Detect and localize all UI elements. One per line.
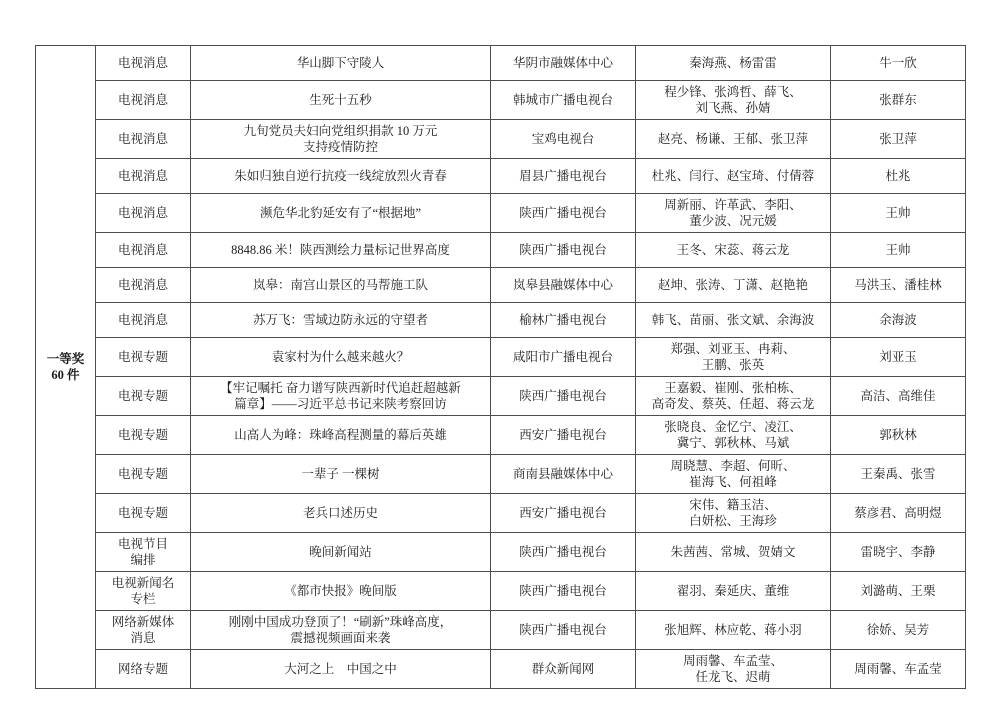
category-cell: 电视消息 (96, 46, 191, 81)
organization-cell: 陕西广播电视台 (491, 377, 636, 416)
category-cell: 电视消息 (96, 303, 191, 338)
category-cell: 电视消息 (96, 120, 191, 159)
category-cell: 电视消息 (96, 233, 191, 268)
table-row: 网络专题大河之上 中国之中群众新闻网周雨馨、车孟莹、 任龙飞、迟萌周雨馨、车孟莹 (36, 650, 966, 689)
editors-cell: 刘亚玉 (831, 338, 966, 377)
editors-cell: 周雨馨、车孟莹 (831, 650, 966, 689)
table-row: 电视消息朱如归独自逆行抗疫一线绽放烈火青春眉县广播电视台杜兆、闫行、赵宝琦、付倩… (36, 159, 966, 194)
table-row: 电视新闻名 专栏《都市快报》晚间版陕西广播电视台翟羽、秦延庆、董维刘潞萌、王栗 (36, 572, 966, 611)
editors-cell: 郭秋林 (831, 416, 966, 455)
category-cell: 网络新媒体 消息 (96, 611, 191, 650)
authors-cell: 周新丽、许革武、李阳、 董少波、况元媛 (636, 194, 831, 233)
organization-cell: 陕西广播电视台 (491, 611, 636, 650)
title-cell: 大河之上 中国之中 (191, 650, 491, 689)
table-row: 电视消息苏万飞：雪域边防永远的守望者榆林广播电视台韩飞、苗丽、张文斌、余海波余海… (36, 303, 966, 338)
table-row: 电视专题老兵口述历史西安广播电视台宋伟、籍玉洁、 白妍松、王海珍蔡彦君、高明煜 (36, 494, 966, 533)
award-group-cell: 一等奖 60 件 (36, 46, 96, 689)
title-cell: 生死十五秒 (191, 81, 491, 120)
title-cell: 晚间新闻站 (191, 533, 491, 572)
editors-cell: 王帅 (831, 233, 966, 268)
editors-cell: 张群东 (831, 81, 966, 120)
category-cell: 电视新闻名 专栏 (96, 572, 191, 611)
authors-cell: 程少锋、张鸿哲、薛飞、 刘飞燕、孙婧 (636, 81, 831, 120)
category-cell: 电视专题 (96, 338, 191, 377)
organization-cell: 商南县融媒体中心 (491, 455, 636, 494)
table-row: 电视专题袁家村为什么越来越火？咸阳市广播电视台郑强、刘亚玉、冉莉、 王鹏、张英刘… (36, 338, 966, 377)
organization-cell: 西安广播电视台 (491, 494, 636, 533)
organization-cell: 榆林广播电视台 (491, 303, 636, 338)
organization-cell: 陕西广播电视台 (491, 533, 636, 572)
organization-cell: 韩城市广播电视台 (491, 81, 636, 120)
category-cell: 电视专题 (96, 455, 191, 494)
table-row: 电视消息岚皋：南宫山景区的马帮施工队岚皋县融媒体中心赵坤、张涛、丁潇、赵艳艳马洪… (36, 268, 966, 303)
editors-cell: 刘潞萌、王栗 (831, 572, 966, 611)
editors-cell: 马洪玉、潘桂林 (831, 268, 966, 303)
authors-cell: 赵亮、杨谦、王郁、张卫萍 (636, 120, 831, 159)
awards-table: 一等奖 60 件电视消息华山脚下守陵人华阴市融媒体中心秦海燕、杨雷雷牛一欣电视消… (35, 45, 966, 689)
editors-cell: 余海波 (831, 303, 966, 338)
title-cell: 《都市快报》晚间版 (191, 572, 491, 611)
category-cell: 电视消息 (96, 268, 191, 303)
table-row: 电视专题山高人为峰：珠峰高程测量的幕后英雄西安广播电视台张晓良、金忆宁、凌江、 … (36, 416, 966, 455)
title-cell: 岚皋：南宫山景区的马帮施工队 (191, 268, 491, 303)
editors-cell: 王秦禹、张雪 (831, 455, 966, 494)
document-page: 一等奖 60 件电视消息华山脚下守陵人华阴市融媒体中心秦海燕、杨雷雷牛一欣电视消… (0, 0, 1000, 706)
category-cell: 电视消息 (96, 159, 191, 194)
editors-cell: 牛一欣 (831, 46, 966, 81)
table-row: 电视消息濒危华北豹延安有了“根据地”陕西广播电视台周新丽、许革武、李阳、 董少波… (36, 194, 966, 233)
category-cell: 电视专题 (96, 494, 191, 533)
table-row: 电视专题一辈子 一棵树商南县融媒体中心周晓慧、李超、何昕、 崔海飞、何祖峰王秦禹… (36, 455, 966, 494)
authors-cell: 秦海燕、杨雷雷 (636, 46, 831, 81)
category-cell: 网络专题 (96, 650, 191, 689)
organization-cell: 陕西广播电视台 (491, 572, 636, 611)
authors-cell: 周晓慧、李超、何昕、 崔海飞、何祖峰 (636, 455, 831, 494)
table-row: 一等奖 60 件电视消息华山脚下守陵人华阴市融媒体中心秦海燕、杨雷雷牛一欣 (36, 46, 966, 81)
organization-cell: 宝鸡电视台 (491, 120, 636, 159)
editors-cell: 雷晓宇、李静 (831, 533, 966, 572)
organization-cell: 华阴市融媒体中心 (491, 46, 636, 81)
title-cell: 濒危华北豹延安有了“根据地” (191, 194, 491, 233)
title-cell: 一辈子 一棵树 (191, 455, 491, 494)
editors-cell: 杜兆 (831, 159, 966, 194)
authors-cell: 杜兆、闫行、赵宝琦、付倩蓉 (636, 159, 831, 194)
authors-cell: 周雨馨、车孟莹、 任龙飞、迟萌 (636, 650, 831, 689)
table-row: 电视节目 编排晚间新闻站陕西广播电视台朱茜茜、常城、贺婧文雷晓宇、李静 (36, 533, 966, 572)
editors-cell: 蔡彦君、高明煜 (831, 494, 966, 533)
authors-cell: 郑强、刘亚玉、冉莉、 王鹏、张英 (636, 338, 831, 377)
title-cell: 刚刚中国成功登顶了！“刷新”珠峰高度， 震撼视频画面来袭 (191, 611, 491, 650)
organization-cell: 咸阳市广播电视台 (491, 338, 636, 377)
organization-cell: 岚皋县融媒体中心 (491, 268, 636, 303)
table-row: 网络新媒体 消息刚刚中国成功登顶了！“刷新”珠峰高度， 震撼视频画面来袭陕西广播… (36, 611, 966, 650)
title-cell: 袁家村为什么越来越火？ (191, 338, 491, 377)
organization-cell: 群众新闻网 (491, 650, 636, 689)
table-row: 电视消息九旬党员夫妇向党组织捐款 10 万元 支持疫情防控宝鸡电视台赵亮、杨谦、… (36, 120, 966, 159)
title-cell: 老兵口述历史 (191, 494, 491, 533)
category-cell: 电视专题 (96, 377, 191, 416)
authors-cell: 宋伟、籍玉洁、 白妍松、王海珍 (636, 494, 831, 533)
category-cell: 电视消息 (96, 194, 191, 233)
table-row: 电视专题【牢记嘱托 奋力谱写陕西新时代追赶超越新 篇章】——习近平总书记来陕考察… (36, 377, 966, 416)
title-cell: 8848.86 米！陕西测绘力量标记世界高度 (191, 233, 491, 268)
organization-cell: 陕西广播电视台 (491, 233, 636, 268)
organization-cell: 陕西广播电视台 (491, 194, 636, 233)
title-cell: 【牢记嘱托 奋力谱写陕西新时代追赶超越新 篇章】——习近平总书记来陕考察回访 (191, 377, 491, 416)
authors-cell: 朱茜茜、常城、贺婧文 (636, 533, 831, 572)
authors-cell: 王冬、宋蕊、蒋云龙 (636, 233, 831, 268)
authors-cell: 韩飞、苗丽、张文斌、余海波 (636, 303, 831, 338)
title-cell: 山高人为峰：珠峰高程测量的幕后英雄 (191, 416, 491, 455)
editors-cell: 徐娇、吴芳 (831, 611, 966, 650)
authors-cell: 赵坤、张涛、丁潇、赵艳艳 (636, 268, 831, 303)
category-cell: 电视专题 (96, 416, 191, 455)
organization-cell: 西安广播电视台 (491, 416, 636, 455)
title-cell: 苏万飞：雪域边防永远的守望者 (191, 303, 491, 338)
category-cell: 电视节目 编排 (96, 533, 191, 572)
authors-cell: 张晓良、金忆宁、凌江、 冀宁、郭秋林、马斌 (636, 416, 831, 455)
editors-cell: 王帅 (831, 194, 966, 233)
organization-cell: 眉县广播电视台 (491, 159, 636, 194)
authors-cell: 张旭辉、林应乾、蒋小羽 (636, 611, 831, 650)
authors-cell: 王嘉毅、崔刚、张柏栋、 高奇发、蔡英、任超、蒋云龙 (636, 377, 831, 416)
table-row: 电视消息8848.86 米！陕西测绘力量标记世界高度陕西广播电视台王冬、宋蕊、蒋… (36, 233, 966, 268)
editors-cell: 高洁、高维佳 (831, 377, 966, 416)
authors-cell: 翟羽、秦延庆、董维 (636, 572, 831, 611)
category-cell: 电视消息 (96, 81, 191, 120)
title-cell: 朱如归独自逆行抗疫一线绽放烈火青春 (191, 159, 491, 194)
awards-table-body: 一等奖 60 件电视消息华山脚下守陵人华阴市融媒体中心秦海燕、杨雷雷牛一欣电视消… (36, 46, 966, 689)
title-cell: 九旬党员夫妇向党组织捐款 10 万元 支持疫情防控 (191, 120, 491, 159)
title-cell: 华山脚下守陵人 (191, 46, 491, 81)
table-row: 电视消息生死十五秒韩城市广播电视台程少锋、张鸿哲、薛飞、 刘飞燕、孙婧张群东 (36, 81, 966, 120)
editors-cell: 张卫萍 (831, 120, 966, 159)
